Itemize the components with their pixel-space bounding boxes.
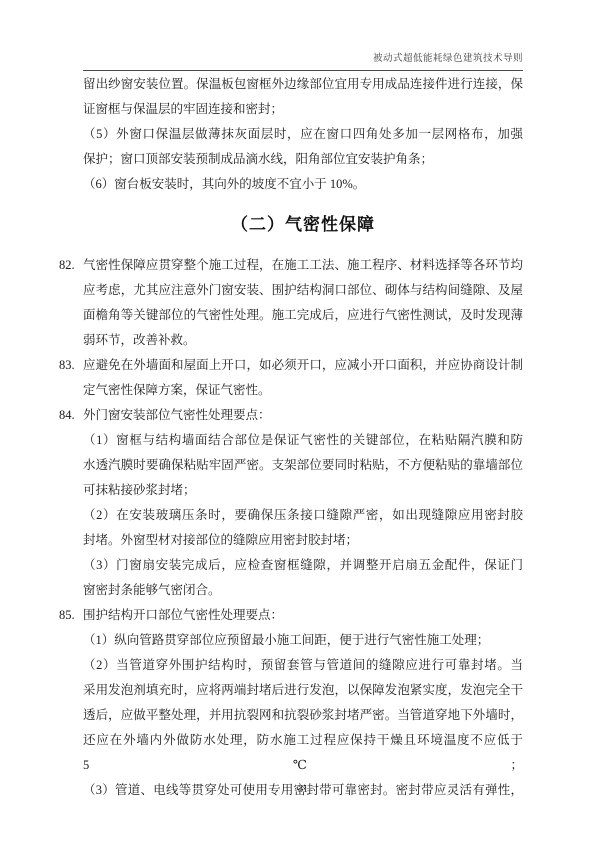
page-number: 31 bbox=[298, 784, 308, 795]
text-line: 应避免在外墙面和屋面上开口，如必须开口，应减小开口面积，并应协商设计制 bbox=[83, 353, 523, 378]
paragraph: （6）窗台板安装时，其向外的坡度不宜小于 10%。 bbox=[83, 172, 523, 197]
numbered-item: 84.外门窗安装部位气密性处理要点： bbox=[83, 403, 523, 428]
text-line: （6）窗台板安装时，其向外的坡度不宜小于 10%。 bbox=[83, 172, 523, 197]
text-line: 窗密封条能够气密闭合。 bbox=[83, 578, 523, 603]
text-line: （2）在安装玻璃压条时，要确保压条接口缝隙严密，如出现缝隙应用密封胶 bbox=[83, 503, 523, 528]
text-line: 面檐角等关键部位的气密性处理。施工完成后，应进行气密性测试，及时发现薄 bbox=[83, 303, 523, 328]
text-line: 定气密性保障方案，保证气密性。 bbox=[83, 378, 523, 403]
paragraph: （1）纵向管路贯穿部位应预留最小施工间距，便于进行气密性施工处理； bbox=[83, 628, 523, 653]
text-line: 保护；窗口顶部安装预制成品滴水线，阳角部位宜安装护角条； bbox=[83, 147, 523, 172]
item-number: 84. bbox=[59, 403, 75, 428]
paragraph: （5）外窗口保温层做薄抹灰面层时，应在窗口四角处多加一层网格布，加强保护；窗口顶… bbox=[83, 122, 523, 172]
item-number: 83. bbox=[59, 353, 75, 378]
item-number: 82. bbox=[59, 253, 75, 278]
numbered-item: 85.围护结构开口部位气密性处理要点： bbox=[83, 603, 523, 628]
text-line: （3）门窗扇安装完成后，应检查窗框缝隙，并调整开启扇五金配件，保证门 bbox=[83, 553, 523, 578]
text-line: 采用发泡剂填充时，应将两端封堵后进行发泡，以保障发泡紧实度，发泡完全干 bbox=[83, 678, 523, 703]
text-line: 外门窗安装部位气密性处理要点： bbox=[83, 403, 523, 428]
text-line: （2）当管道穿外围护结构时，预留套管与管道间的缝隙应进行可靠封堵。当 bbox=[83, 653, 523, 678]
paragraph: （2）在安装玻璃压条时，要确保压条接口缝隙严密，如出现缝隙应用密封胶封堵。外窗型… bbox=[83, 503, 523, 553]
section-heading: （二）气密性保障 bbox=[83, 212, 523, 237]
text-line: 弱环节，改善补救。 bbox=[83, 328, 523, 353]
text-line: 留出纱窗安装位置。保温板包窗框外边缘部位宜用专用成品连接件进行连接，保 bbox=[83, 72, 523, 97]
text-line: （1）窗框与结构墙面结合部位是保证气密性的关键部位，在粘贴隔汽膜和防 bbox=[83, 428, 523, 453]
header-title: 被动式超低能耗绿色建筑技术导则 bbox=[373, 54, 523, 64]
document-body: 留出纱窗安装位置。保温板包窗框外边缘部位宜用专用成品连接件进行连接，保证窗框与保… bbox=[83, 72, 523, 803]
numbered-item: 83.应避免在外墙面和屋面上开口，如必须开口，应减小开口面积，并应协商设计制定气… bbox=[83, 353, 523, 403]
text-line: （1）纵向管路贯穿部位应预留最小施工间距，便于进行气密性施工处理； bbox=[83, 628, 523, 653]
text-line: 透后，应做平整处理，并用抗裂网和抗裂砂浆封堵严密。当管道穿地下外墙时， bbox=[83, 703, 523, 728]
page-header: 被动式超低能耗绿色建筑技术导则 bbox=[83, 51, 523, 71]
text-line: 可抹粘接砂浆封堵； bbox=[83, 478, 523, 503]
numbered-item: 82.气密性保障应贯穿整个施工过程，在施工工法、施工程序、材料选择等各环节均应考… bbox=[83, 253, 523, 353]
paragraph: （1）窗框与结构墙面结合部位是保证气密性的关键部位，在粘贴隔汽膜和防水透汽膜时要… bbox=[83, 428, 523, 503]
text-line: 水透汽膜时要确保粘贴牢固严密。支架部位要同时粘贴，不方便粘贴的靠墙部位 bbox=[83, 453, 523, 478]
text-line: 还应在外墙内外做防水处理，防水施工过程应保持干燥且环境温度不应低于 5℃； bbox=[83, 728, 523, 778]
paragraph: 留出纱窗安装位置。保温板包窗框外边缘部位宜用专用成品连接件进行连接，保证窗框与保… bbox=[83, 72, 523, 122]
text-line: 应考虑，尤其应注意外门窗安装、围护结构洞口部位、砌体与结构间缝隙、及屋 bbox=[83, 278, 523, 303]
text-line: 封堵。外窗型材对接部位的缝隙应用密封胶封堵； bbox=[83, 528, 523, 553]
text-line: 证窗框与保温层的牢固连接和密封； bbox=[83, 97, 523, 122]
paragraph: （3）门窗扇安装完成后，应检查窗框缝隙，并调整开启扇五金配件，保证门窗密封条能够… bbox=[83, 553, 523, 603]
page-footer: 31 bbox=[83, 782, 523, 798]
document-page: 被动式超低能耗绿色建筑技术导则 留出纱窗安装位置。保温板包窗框外边缘部位宜用专用… bbox=[0, 0, 600, 848]
text-line: 气密性保障应贯穿整个施工过程，在施工工法、施工程序、材料选择等各环节均 bbox=[83, 253, 523, 278]
paragraph: （2）当管道穿外围护结构时，预留套管与管道间的缝隙应进行可靠封堵。当采用发泡剂填… bbox=[83, 653, 523, 778]
item-number: 85. bbox=[59, 603, 75, 628]
text-line: （5）外窗口保温层做薄抹灰面层时，应在窗口四角处多加一层网格布，加强 bbox=[83, 122, 523, 147]
text-line: 围护结构开口部位气密性处理要点： bbox=[83, 603, 523, 628]
